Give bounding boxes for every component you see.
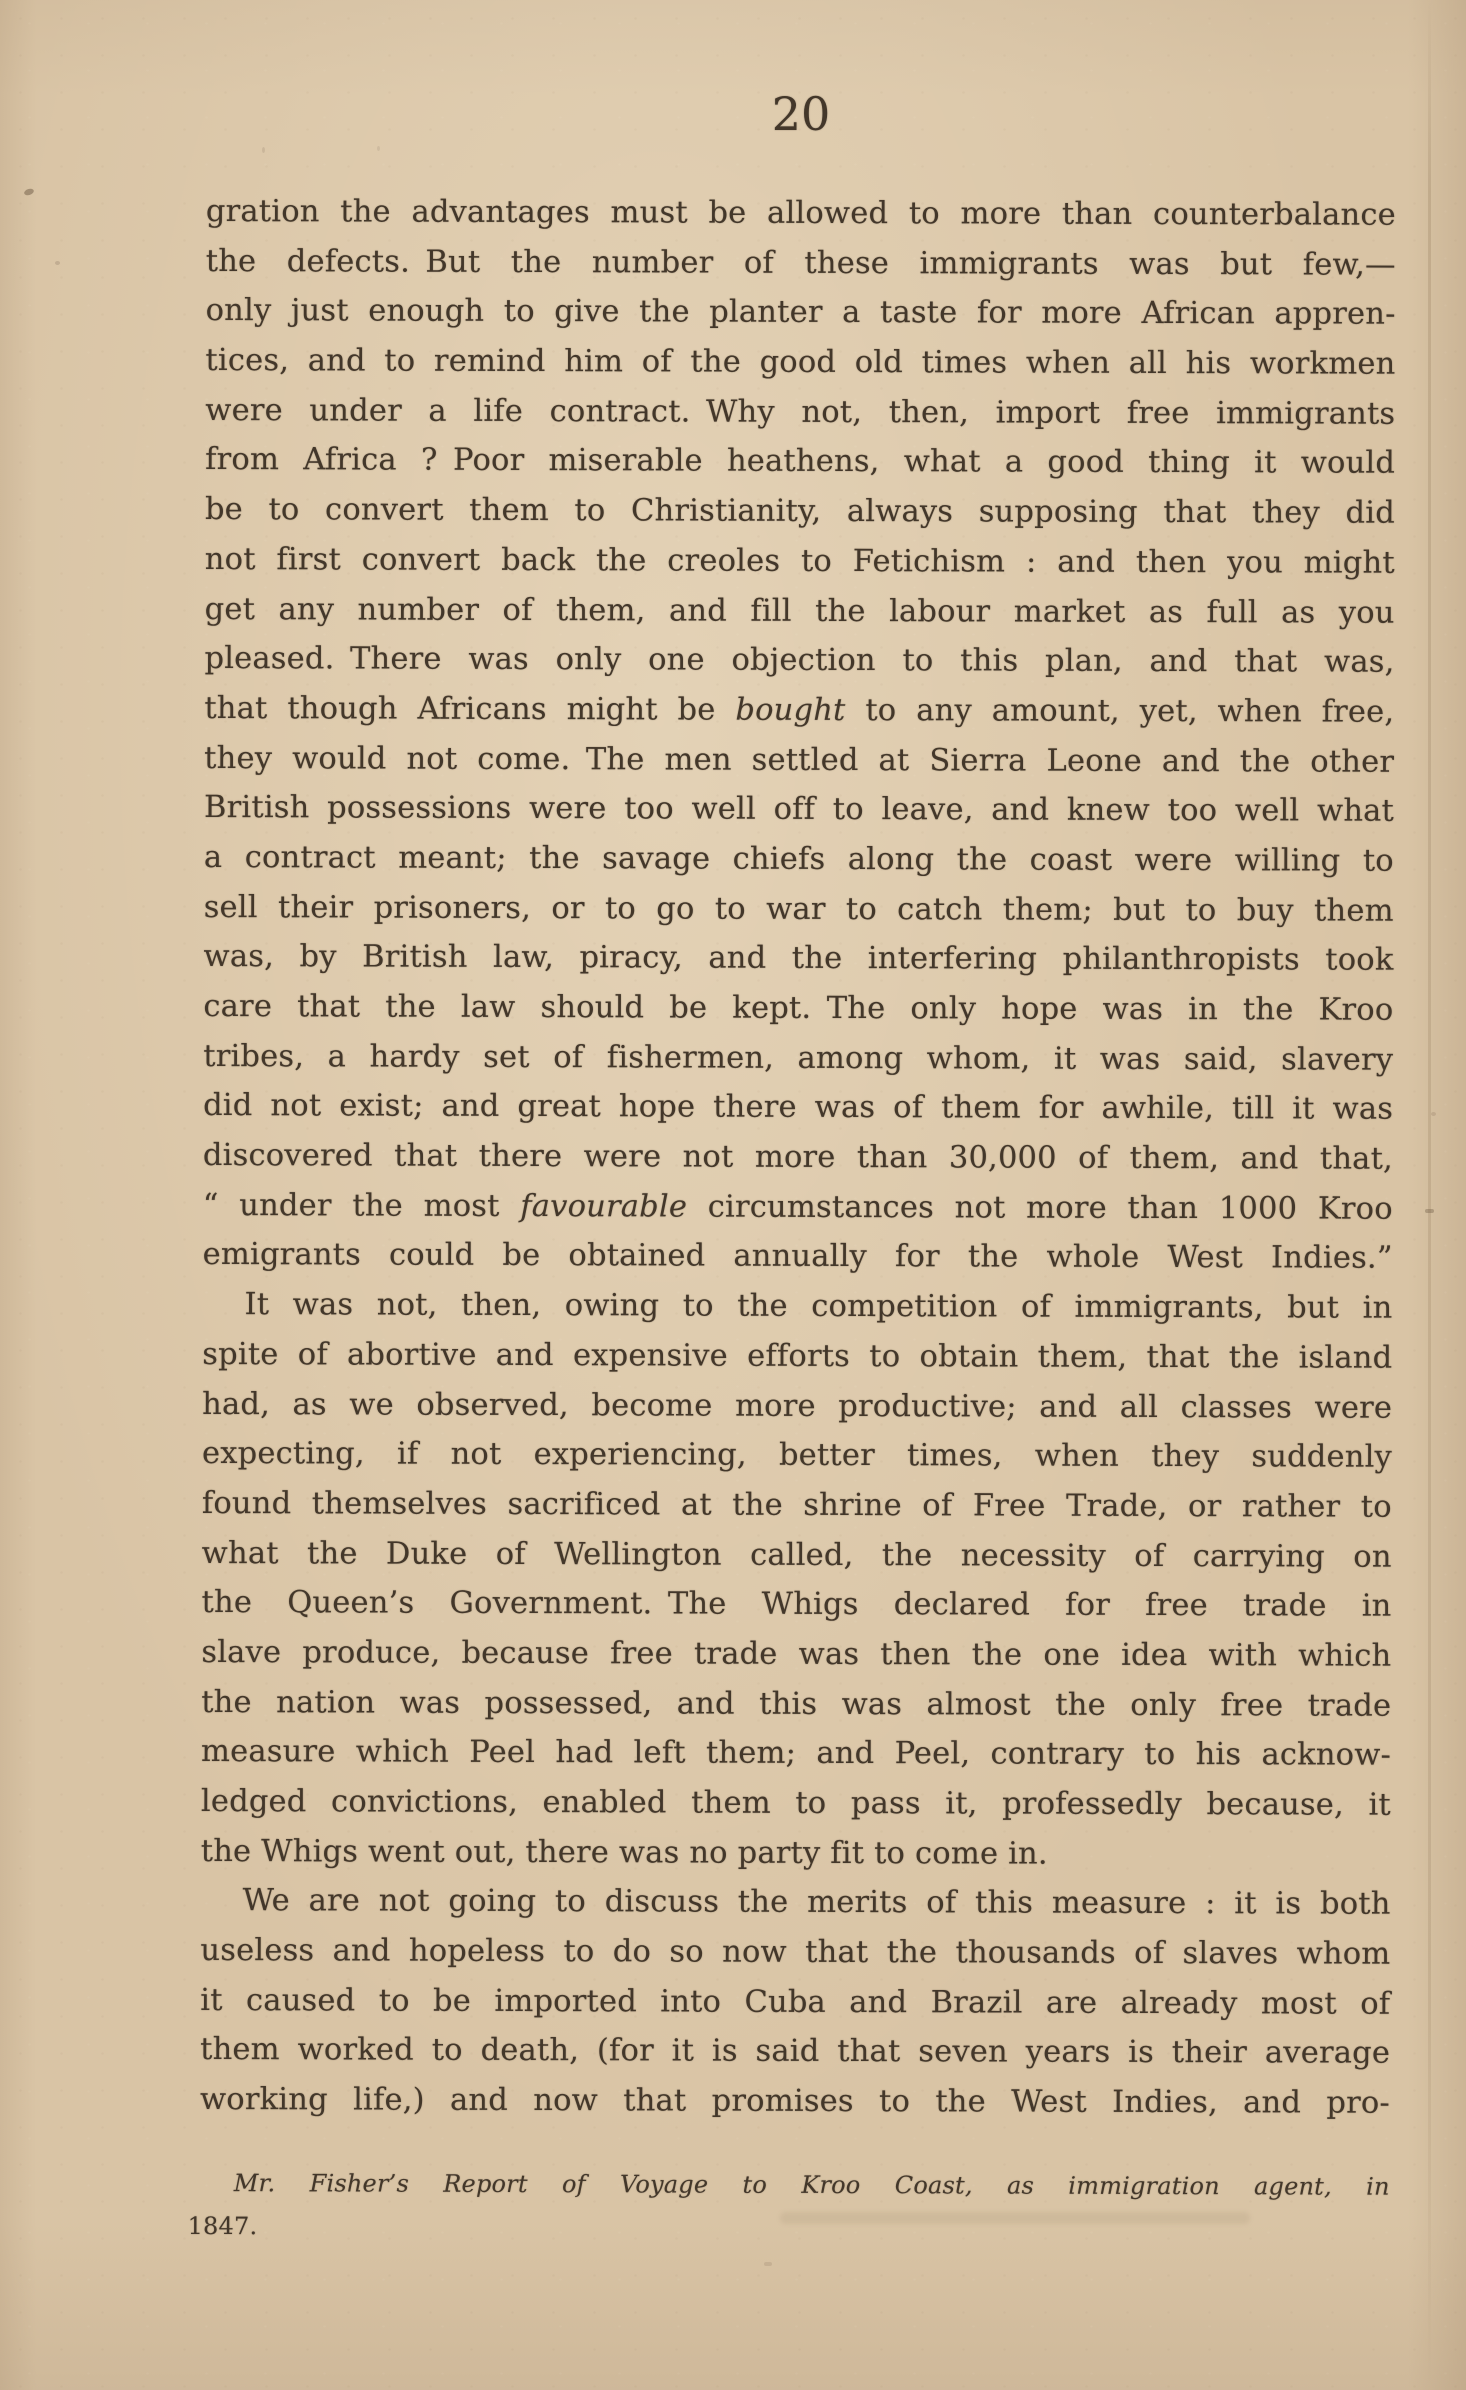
text-line: tribes, a hardy set of fishermen, among …: [203, 1032, 1393, 1085]
text-line: did not exist; and great hope there was …: [203, 1081, 1393, 1134]
text-line: that though Africans might be bought to …: [204, 684, 1394, 737]
text-line: them worked to death, (for it is said th…: [200, 2025, 1390, 2078]
page-text: gration the advantages must be allowed t…: [200, 187, 1396, 2252]
text-line: sell their prisoners, or to go to war to…: [204, 883, 1394, 936]
page-fold-line: [1428, 0, 1431, 2390]
text-line: “ under the most favourable circumstance…: [203, 1181, 1393, 1234]
text-line: had, as we observed, become more product…: [202, 1379, 1392, 1432]
text-line: tices, and to remind him of the good old…: [205, 336, 1395, 389]
text-line: It was not, then, owing to the competiti…: [202, 1280, 1392, 1333]
text-line: ledged convictions, enabled them to pass…: [201, 1777, 1391, 1830]
paper-speck: [1431, 1112, 1436, 1116]
text-line: get any number of them, and fill the lab…: [205, 584, 1395, 637]
text-line: gration the advantages must be allowed t…: [206, 187, 1396, 240]
text-line: were under a life contract. Why not, the…: [205, 386, 1395, 439]
text-line: only just enough to give the planter a t…: [206, 286, 1396, 339]
ink-showthrough-smudge: [780, 2212, 1250, 2224]
paper-speck: [23, 188, 34, 197]
text-line: the nation was possessed, and this was a…: [201, 1678, 1391, 1731]
paper-speck: [377, 146, 380, 151]
text-line: useless and hopeless to do so now that t…: [200, 1926, 1390, 1979]
text-line: what the Duke of Wellington called, the …: [202, 1529, 1392, 1582]
text-line: care that the law should be kept. The on…: [203, 982, 1393, 1035]
text-line: slave produce, because free trade was th…: [201, 1628, 1391, 1681]
text-line: expecting, if not experiencing, better t…: [202, 1429, 1392, 1482]
footnote: Mr. Fisher’s Report of Voyage to Kroo Co…: [188, 2162, 1390, 2252]
text-line: from Africa ? Poor miserable heathens, w…: [205, 435, 1395, 488]
text-line: We are not going to discuss the merits o…: [201, 1876, 1391, 1929]
book-page-scan: 20 gration the advantages must be allowe…: [0, 0, 1466, 2390]
text-line: measure which Peel had left them; and Pe…: [201, 1727, 1391, 1780]
text-line: it caused to be imported into Cuba and B…: [200, 1976, 1390, 2029]
text-line: spite of abortive and expensive efforts …: [202, 1330, 1392, 1383]
paper-speck: [262, 147, 265, 153]
text-line: was, by British law, piracy, and the int…: [204, 932, 1394, 985]
text-line: British possessions were too well off to…: [204, 783, 1394, 836]
text-line: discovered that there were not more than…: [203, 1131, 1393, 1184]
text-line: not first convert back the creoles to Fe…: [205, 535, 1395, 588]
text-line: be to convert them to Christianity, alwa…: [205, 485, 1395, 538]
text-line: the Whigs went out, there was no party f…: [201, 1827, 1391, 1880]
paper-speck: [764, 2262, 772, 2266]
text-line: found themselves sacrificed at the shrin…: [202, 1479, 1392, 1532]
text-line: the defects. But the number of these imm…: [206, 237, 1396, 290]
text-line: the Queen’s Government. The Whigs declar…: [201, 1578, 1391, 1631]
paper-speck: [55, 261, 60, 265]
text-line: they would not come. The men settled at …: [204, 734, 1394, 787]
text-line: emigrants could be obtained annually for…: [203, 1230, 1393, 1283]
footnote-line: Mr. Fisher’s Report of Voyage to Kroo Co…: [188, 2162, 1390, 2209]
text-line: a contract meant; the savage chiefs alon…: [204, 833, 1394, 886]
text-line: working life,) and now that promises to …: [200, 2075, 1390, 2128]
text-line: pleased. There was only one objection to…: [204, 634, 1394, 687]
body-text: gration the advantages must be allowed t…: [200, 187, 1396, 2129]
page-number: 20: [206, 90, 1396, 138]
